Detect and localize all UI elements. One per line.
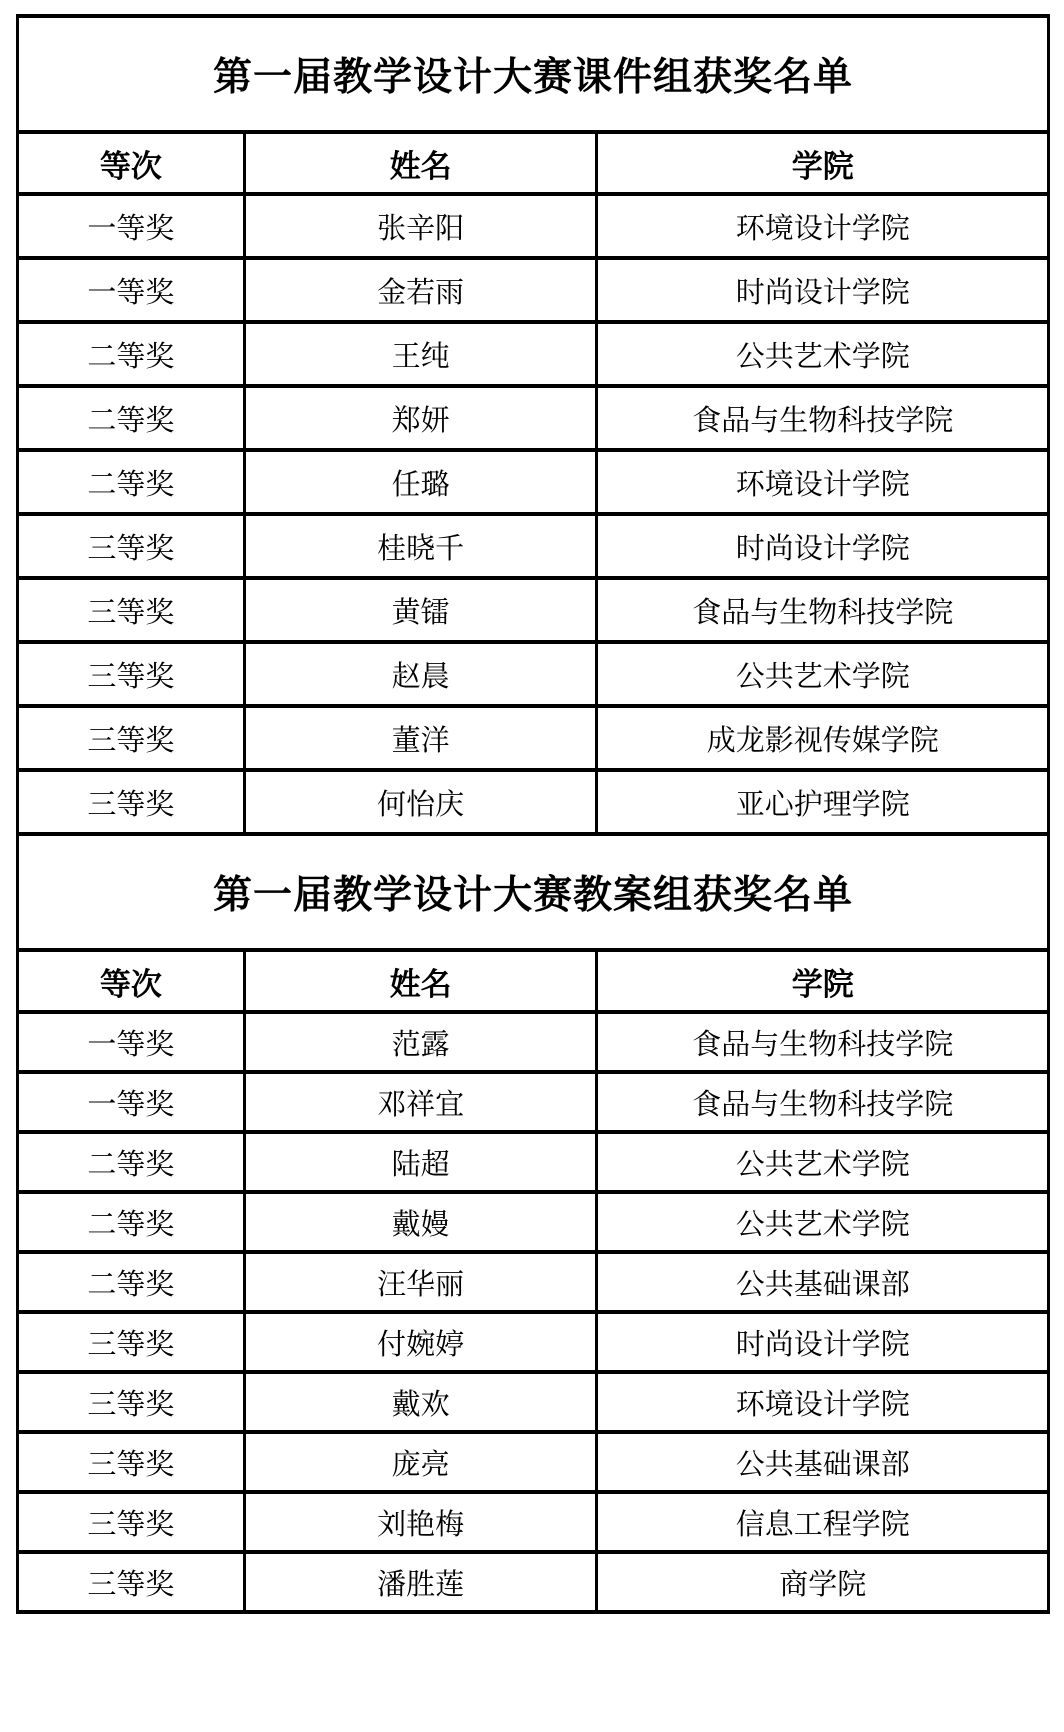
college-cell: 公共艺术学院 [597, 1132, 1049, 1192]
rank-cell: 二等奖 [18, 450, 245, 514]
column-header-row: 等次姓名学院 [18, 950, 1049, 1012]
college-cell: 亚心护理学院 [597, 770, 1049, 834]
column-header: 等次 [18, 950, 245, 1012]
rank-cell: 一等奖 [18, 194, 245, 258]
college-cell: 时尚设计学院 [597, 258, 1049, 322]
rank-cell: 一等奖 [18, 1072, 245, 1132]
table-row: 一等奖张辛阳环境设计学院 [18, 194, 1049, 258]
rank-cell: 三等奖 [18, 1492, 245, 1552]
section-title-row: 第一届教学设计大赛教案组获奖名单 [18, 834, 1049, 950]
college-cell: 环境设计学院 [597, 194, 1049, 258]
rank-cell: 三等奖 [18, 770, 245, 834]
college-cell: 公共艺术学院 [597, 322, 1049, 386]
table-row: 三等奖庞亮公共基础课部 [18, 1432, 1049, 1492]
college-cell: 时尚设计学院 [597, 1312, 1049, 1372]
name-cell: 郑妍 [244, 386, 597, 450]
college-cell: 公共艺术学院 [597, 642, 1049, 706]
name-cell: 桂晓千 [244, 514, 597, 578]
table-row: 三等奖赵晨公共艺术学院 [18, 642, 1049, 706]
name-cell: 戴嫚 [244, 1192, 597, 1252]
name-cell: 汪华丽 [244, 1252, 597, 1312]
college-cell: 环境设计学院 [597, 1372, 1049, 1432]
name-cell: 潘胜莲 [244, 1552, 597, 1612]
rank-cell: 三等奖 [18, 1372, 245, 1432]
name-cell: 刘艳梅 [244, 1492, 597, 1552]
table-row: 三等奖何怡庆亚心护理学院 [18, 770, 1049, 834]
awards-table: 第一届教学设计大赛课件组获奖名单等次姓名学院一等奖张辛阳环境设计学院一等奖金若雨… [16, 14, 1050, 1614]
table-row: 二等奖郑妍食品与生物科技学院 [18, 386, 1049, 450]
table-row: 二等奖戴嫚公共艺术学院 [18, 1192, 1049, 1252]
rank-cell: 三等奖 [18, 1552, 245, 1612]
college-cell: 食品与生物科技学院 [597, 386, 1049, 450]
rank-cell: 一等奖 [18, 1012, 245, 1072]
column-header: 学院 [597, 132, 1049, 194]
rank-cell: 二等奖 [18, 1132, 245, 1192]
college-cell: 商学院 [597, 1552, 1049, 1612]
table-row: 三等奖刘艳梅信息工程学院 [18, 1492, 1049, 1552]
rank-cell: 一等奖 [18, 258, 245, 322]
rank-cell: 三等奖 [18, 642, 245, 706]
table-row: 一等奖邓祥宜食品与生物科技学院 [18, 1072, 1049, 1132]
name-cell: 黄镭 [244, 578, 597, 642]
table-row: 三等奖黄镭食品与生物科技学院 [18, 578, 1049, 642]
name-cell: 付婉婷 [244, 1312, 597, 1372]
table-row: 一等奖金若雨时尚设计学院 [18, 258, 1049, 322]
rank-cell: 三等奖 [18, 1432, 245, 1492]
name-cell: 陆超 [244, 1132, 597, 1192]
college-cell: 环境设计学院 [597, 450, 1049, 514]
column-header: 等次 [18, 132, 245, 194]
college-cell: 时尚设计学院 [597, 514, 1049, 578]
rank-cell: 二等奖 [18, 1252, 245, 1312]
rank-cell: 三等奖 [18, 578, 245, 642]
name-cell: 何怡庆 [244, 770, 597, 834]
name-cell: 王纯 [244, 322, 597, 386]
column-header: 姓名 [244, 132, 597, 194]
rank-cell: 三等奖 [18, 514, 245, 578]
table-row: 三等奖戴欢环境设计学院 [18, 1372, 1049, 1432]
college-cell: 成龙影视传媒学院 [597, 706, 1049, 770]
rank-cell: 三等奖 [18, 1312, 245, 1372]
column-header-row: 等次姓名学院 [18, 132, 1049, 194]
name-cell: 邓祥宜 [244, 1072, 597, 1132]
table-row: 三等奖付婉婷时尚设计学院 [18, 1312, 1049, 1372]
section-title-row: 第一届教学设计大赛课件组获奖名单 [18, 16, 1049, 132]
table-row: 二等奖汪华丽公共基础课部 [18, 1252, 1049, 1312]
column-header: 姓名 [244, 950, 597, 1012]
name-cell: 任璐 [244, 450, 597, 514]
table-row: 三等奖桂晓千时尚设计学院 [18, 514, 1049, 578]
rank-cell: 二等奖 [18, 322, 245, 386]
rank-cell: 二等奖 [18, 1192, 245, 1252]
college-cell: 食品与生物科技学院 [597, 578, 1049, 642]
name-cell: 董洋 [244, 706, 597, 770]
rank-cell: 二等奖 [18, 386, 245, 450]
name-cell: 张辛阳 [244, 194, 597, 258]
college-cell: 公共基础课部 [597, 1252, 1049, 1312]
document-page: 第一届教学设计大赛课件组获奖名单等次姓名学院一等奖张辛阳环境设计学院一等奖金若雨… [0, 0, 1064, 1732]
column-header: 学院 [597, 950, 1049, 1012]
table-row: 三等奖潘胜莲商学院 [18, 1552, 1049, 1612]
table-row: 二等奖任璐环境设计学院 [18, 450, 1049, 514]
college-cell: 信息工程学院 [597, 1492, 1049, 1552]
college-cell: 公共基础课部 [597, 1432, 1049, 1492]
college-cell: 食品与生物科技学院 [597, 1072, 1049, 1132]
college-cell: 食品与生物科技学院 [597, 1012, 1049, 1072]
table-row: 二等奖王纯公共艺术学院 [18, 322, 1049, 386]
rank-cell: 三等奖 [18, 706, 245, 770]
section-title: 第一届教学设计大赛教案组获奖名单 [18, 834, 1049, 950]
table-row: 三等奖董洋成龙影视传媒学院 [18, 706, 1049, 770]
name-cell: 范露 [244, 1012, 597, 1072]
table-row: 一等奖范露食品与生物科技学院 [18, 1012, 1049, 1072]
name-cell: 赵晨 [244, 642, 597, 706]
section-title: 第一届教学设计大赛课件组获奖名单 [18, 16, 1049, 132]
college-cell: 公共艺术学院 [597, 1192, 1049, 1252]
name-cell: 金若雨 [244, 258, 597, 322]
awards-table-body: 第一届教学设计大赛课件组获奖名单等次姓名学院一等奖张辛阳环境设计学院一等奖金若雨… [18, 16, 1049, 1612]
table-row: 二等奖陆超公共艺术学院 [18, 1132, 1049, 1192]
name-cell: 庞亮 [244, 1432, 597, 1492]
name-cell: 戴欢 [244, 1372, 597, 1432]
